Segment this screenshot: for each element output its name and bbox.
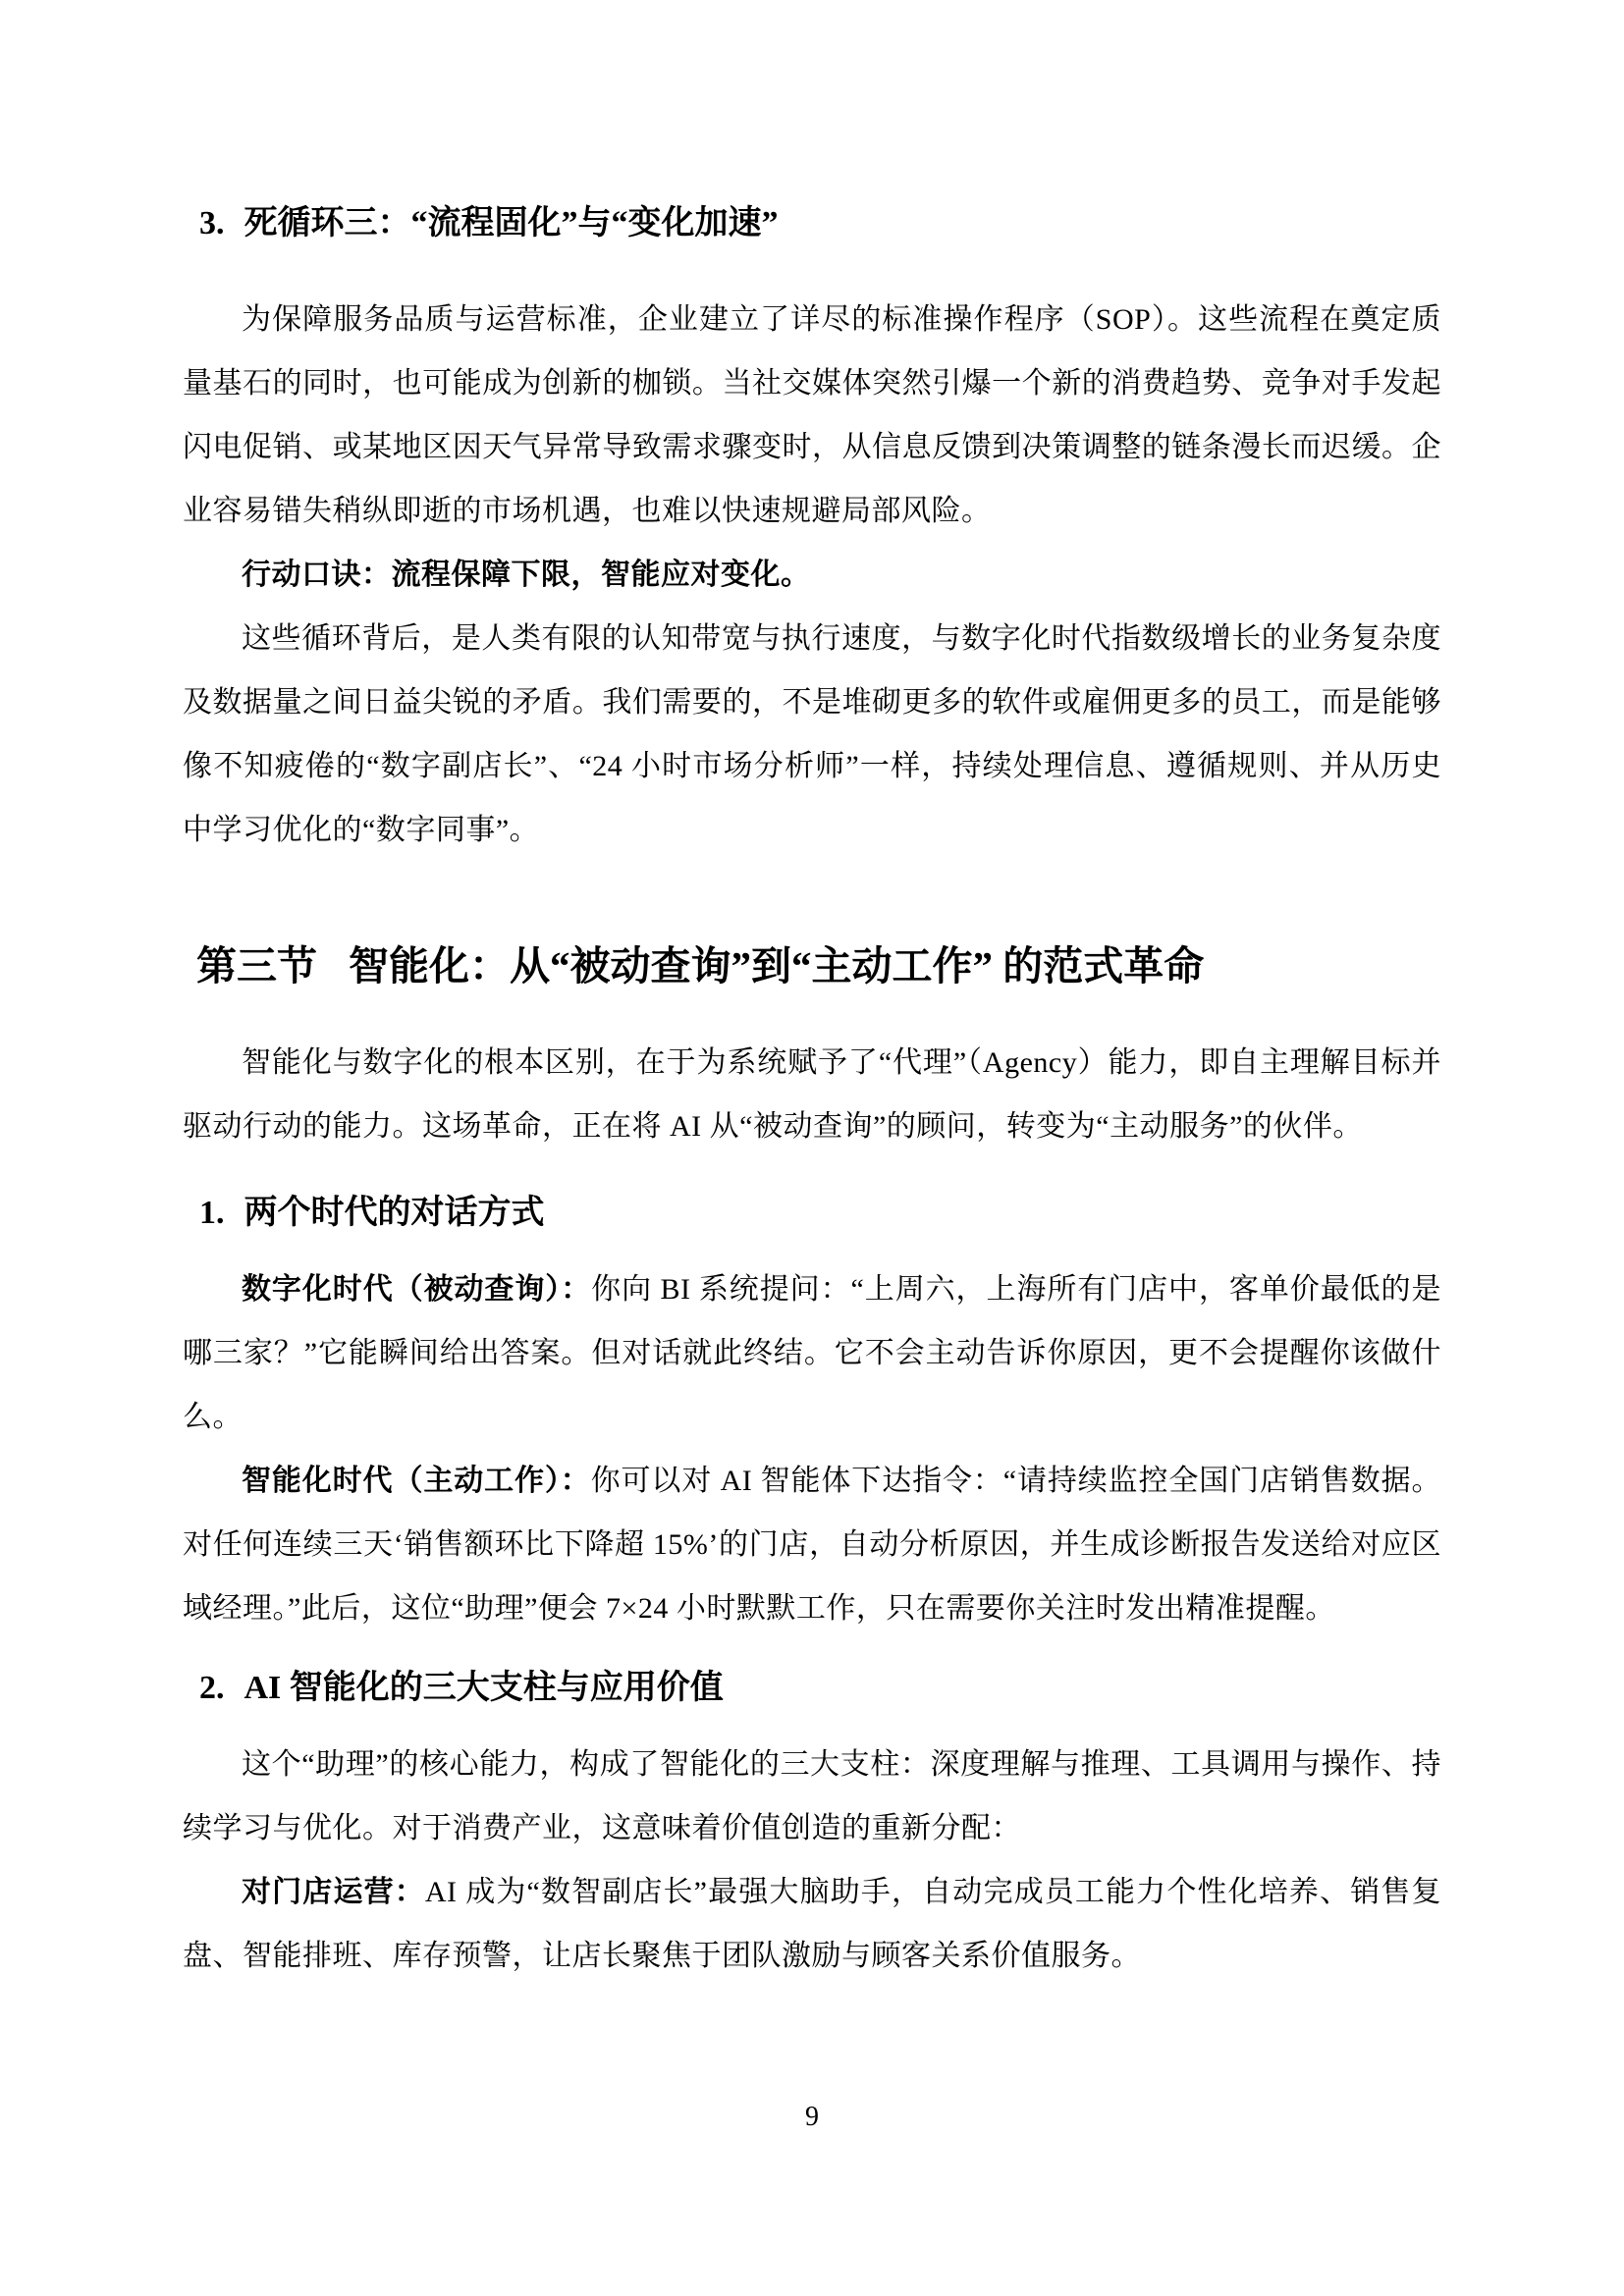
heading-title: 死循环三：“流程固化”与“变化加速” [244, 205, 779, 241]
paragraph-lead: 智能化时代（主动工作）： [242, 1465, 591, 1497]
heading-dead-loop-3: 3.死循环三：“流程固化”与“变化加速” [199, 203, 1441, 244]
page-number: 9 [0, 2101, 1624, 2134]
motto-line: 行动口诀：流程保障下限，智能应对变化。 [183, 543, 1441, 607]
section-title: 智能化：从“被动查询”到“主动工作” 的范式革命 [349, 943, 1204, 988]
paragraph-lead: 对门店运营： [242, 1876, 425, 1908]
paragraph-lead: 数字化时代（被动查询）： [242, 1273, 591, 1306]
subsection-title: 两个时代的对话方式 [244, 1195, 545, 1231]
paragraph-agency: 智能化与数字化的根本区别，在于为系统赋予了“代理”（Agency）能力，即自主理… [183, 1031, 1441, 1158]
paragraph-loops: 这些循环背后，是人类有限的认知带宽与执行速度，与数字化时代指数级增长的业务复杂度… [183, 607, 1441, 862]
paragraph-store-ops: 对门店运营：AI 成为“数智副店长”最强大脑助手，自动完成员工能力个性化培养、销… [183, 1860, 1441, 1988]
paragraph-pillars: 这个“助理”的核心能力，构成了智能化的三大支柱：深度理解与推理、工具调用与操作、… [183, 1733, 1441, 1860]
subsection-number: 1. [199, 1193, 225, 1234]
heading-number: 3. [199, 203, 225, 244]
subsection-number: 2. [199, 1668, 225, 1709]
paragraph-sop: 为保障服务品质与运营标准，企业建立了详尽的标准操作程序（SOP）。这些流程在奠定… [183, 288, 1441, 543]
paragraph-digital-era: 数字化时代（被动查询）：你向 BI 系统提问：“上周六，上海所有门店中，客单价最… [183, 1257, 1441, 1449]
document-page: 3.死循环三：“流程固化”与“变化加速” 为保障服务品质与运营标准，企业建立了详… [0, 0, 1624, 2296]
subsection-title: AI 智能化的三大支柱与应用价值 [244, 1670, 724, 1706]
section-heading: 第三节智能化：从“被动查询”到“主动工作” 的范式革命 [196, 940, 1441, 991]
subsection-heading-1: 1.两个时代的对话方式 [199, 1193, 1441, 1234]
section-number: 第三节 [196, 940, 317, 991]
paragraph-intelligent-era: 智能化时代（主动工作）：你可以对 AI 智能体下达指令：“请持续监控全国门店销售… [183, 1449, 1441, 1640]
subsection-heading-2: 2.AI 智能化的三大支柱与应用价值 [199, 1668, 1441, 1709]
